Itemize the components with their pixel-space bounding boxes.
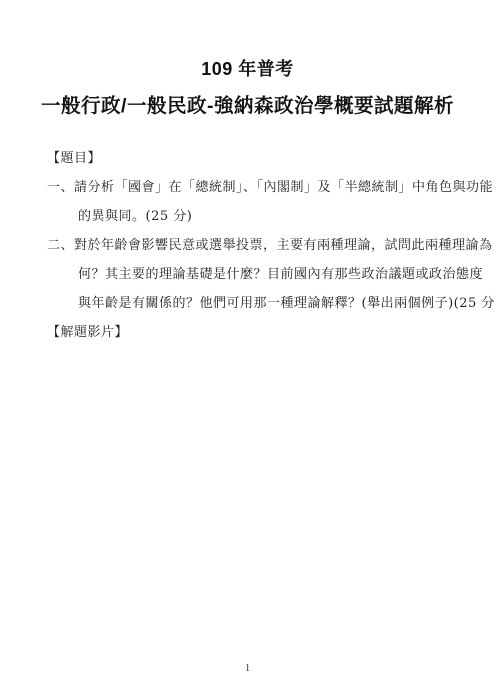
question-1: 一、請分析「國會」在「總統制」、「內閣制」及「半總統制」中角色與功能 的異與同。… <box>47 173 455 231</box>
question-1-text: 請分析「國會」在「總統制」、「內閣制」及「半總統制」中角色與功能 <box>74 180 493 195</box>
question-2-line-2: 何？其主要的理論基礎是什麼？目前國內有那些政治議題或政治態度 <box>47 260 455 289</box>
document-header: 109 年普考 一般行政/一般民政-強納森政治學概要試題解析 <box>0 0 495 118</box>
questions-section-label: 【題目】 <box>47 144 455 173</box>
question-2-line-3: 與年齡是有關係的？他們可用那一種理論解釋？(舉出兩個例子)(25 分) <box>47 289 455 318</box>
question-1-line-1: 一、請分析「國會」在「總統制」、「內閣制」及「半總統制」中角色與功能 <box>47 173 455 202</box>
document-body: 【題目】 一、請分析「國會」在「總統制」、「內閣制」及「半總統制」中角色與功能 … <box>47 144 455 347</box>
question-2: 二、對於年齡會影響民意或選舉投票，主要有兩種理論，試問此兩種理論為 何？其主要的… <box>47 231 455 318</box>
question-2-number: 二、 <box>47 238 74 253</box>
question-2-line-1: 二、對於年齡會影響民意或選舉投票，主要有兩種理論，試問此兩種理論為 <box>47 231 455 260</box>
video-section-label: 【解題影片】 <box>47 318 455 347</box>
question-1-line-2: 的異與同。(25 分) <box>47 202 455 231</box>
document-title: 109 年普考 <box>0 58 495 80</box>
page-number: 1 <box>245 662 251 674</box>
page-footer: 1 <box>0 662 495 674</box>
document-page: 109 年普考 一般行政/一般民政-強納森政治學概要試題解析 【題目】 一、請分… <box>0 0 495 700</box>
document-subtitle: 一般行政/一般民政-強納森政治學概要試題解析 <box>0 94 495 118</box>
question-2-text: 對於年齡會影響民意或選舉投票，主要有兩種理論，試問此兩種理論為 <box>74 238 493 253</box>
question-1-number: 一、 <box>47 180 74 195</box>
